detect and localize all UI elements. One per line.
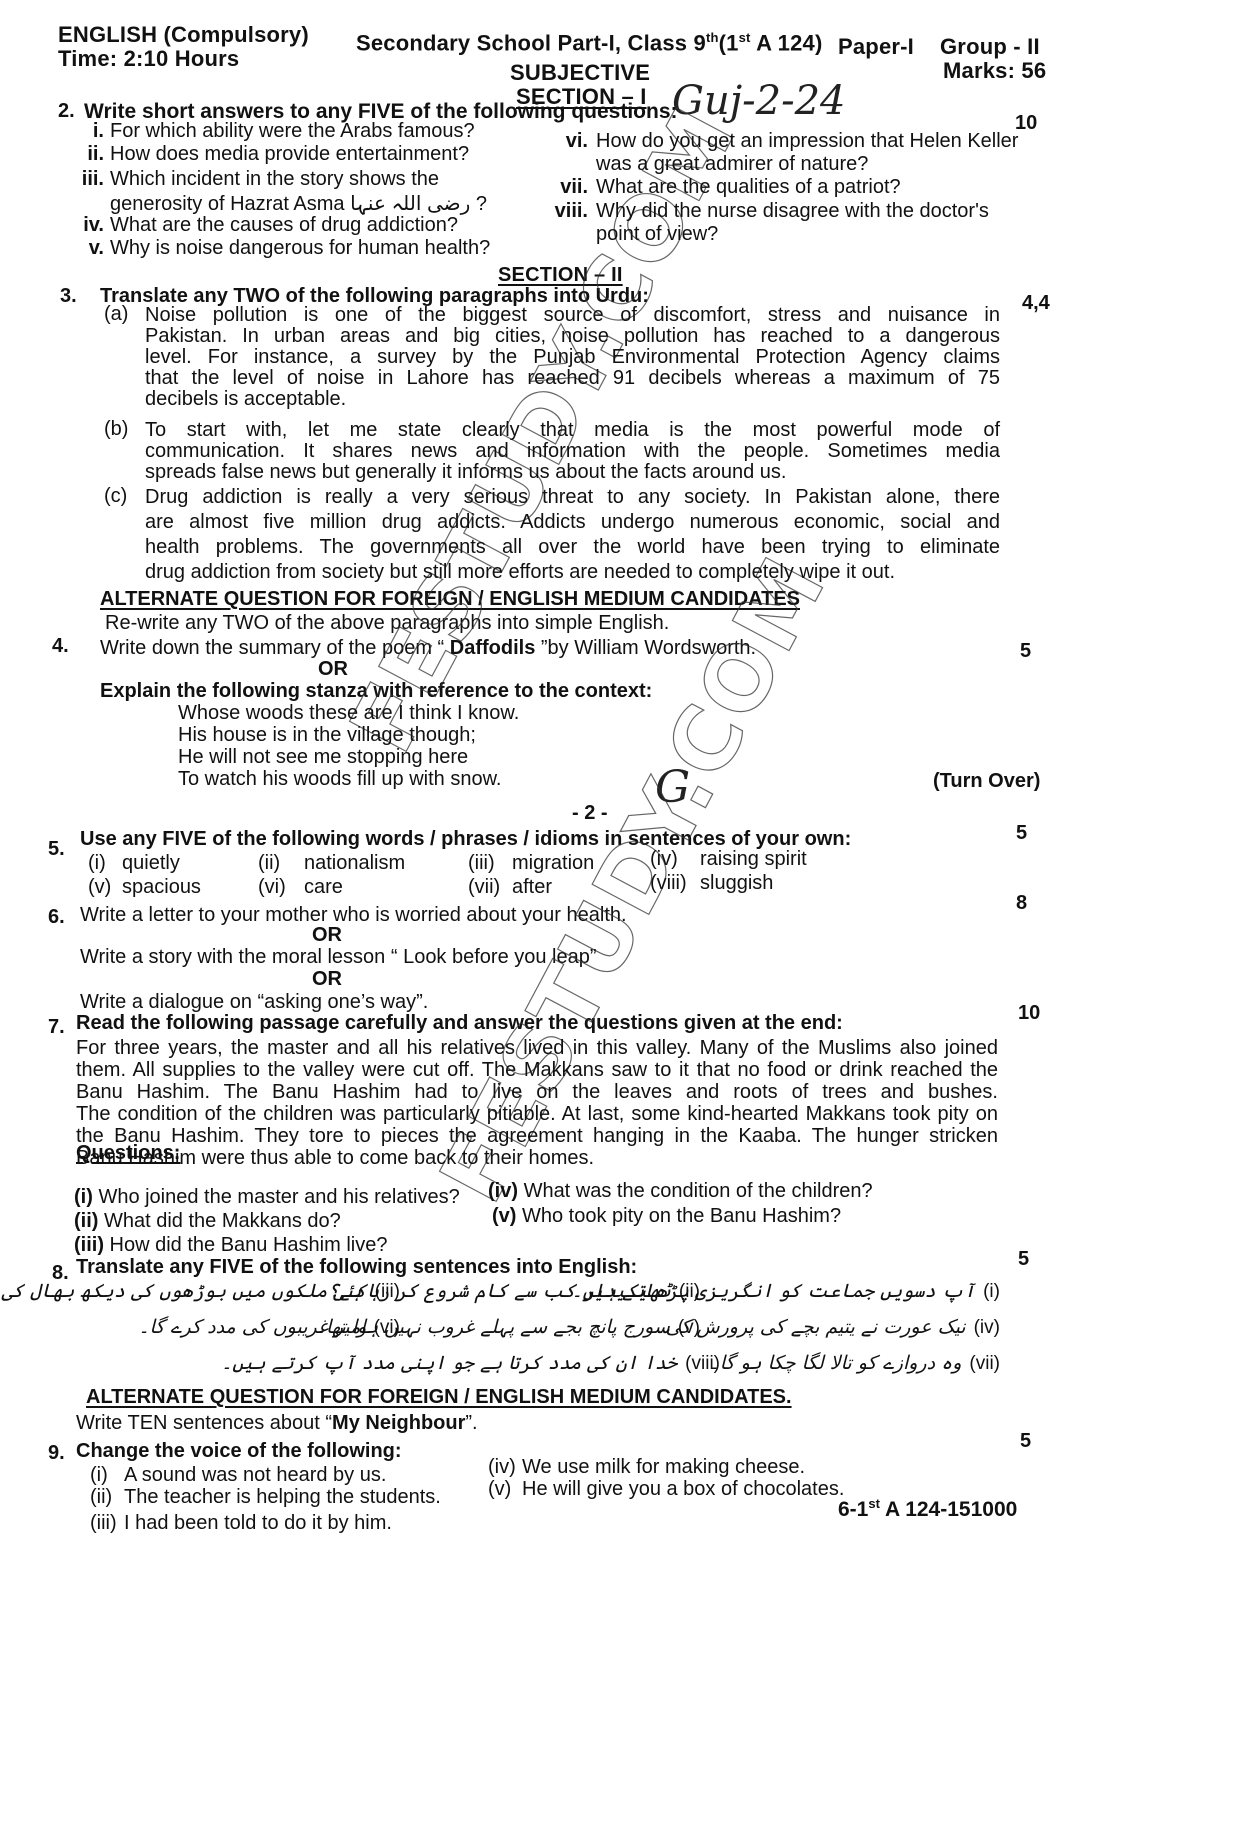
q9-marks: 5 [1020, 1430, 1031, 1453]
q6-option-dialogue: Write a dialogue on “asking one’s way”. [80, 991, 428, 1014]
q2-item-label: iv. [64, 214, 104, 237]
q3-marks: 4,4 [1022, 292, 1050, 315]
handwritten-mark: G [655, 762, 690, 813]
q5-item-label: (vi) [258, 876, 286, 899]
q2-item-text: was a great admirer of nature? [596, 153, 868, 176]
q6-number: 6. [48, 906, 65, 929]
q8-sentence-label: (ii) [679, 1281, 700, 1303]
q8-sentence-label: (iv) [974, 1317, 1000, 1339]
q2-item-text: generosity of Hazrat Asma رضی اللہ عنہا … [110, 191, 487, 216]
q8-sentence: (iv)نیک عورت نے یتیم بچے کی پرورش کی۔ [654, 1316, 1000, 1339]
q4-number: 4. [52, 635, 69, 658]
turn-over-label: (Turn Over) [933, 770, 1040, 793]
q6-or-2: OR [312, 968, 342, 991]
q8-alternate-text: Write TEN sentences about “My Neighbour”… [76, 1412, 478, 1435]
q7-question-text: What did the Makkans do? [104, 1210, 341, 1232]
q2-item-label: vi. [548, 130, 588, 153]
q5-item-label: (viii) [650, 872, 687, 895]
q8-prompt: Translate any FIVE of the following sent… [76, 1256, 637, 1279]
q4-marks: 5 [1020, 640, 1031, 663]
subject-title: ENGLISH (Compulsory) [58, 22, 309, 48]
q5-item-label: (iv) [650, 848, 678, 871]
q4-alt-prompt: Explain the following stanza with refere… [100, 680, 652, 703]
q3-paragraph-label: (b) [104, 418, 128, 441]
q2-item-label: iii. [64, 168, 104, 191]
q8-sentence-label: (viii) [685, 1353, 720, 1375]
subjective-heading: SUBJECTIVE [510, 60, 650, 86]
q3-alternate-heading: ALTERNATE QUESTION FOR FOREIGN / ENGLISH… [100, 588, 800, 611]
q8-sentence-label: (v) [678, 1317, 700, 1339]
q4-text-after: ”by William Wordsworth. [535, 637, 756, 659]
q5-item-word: care [304, 876, 343, 899]
q9-item-label: (iv) [488, 1456, 516, 1479]
q3-paragraph-line: spreads false news but generally it info… [145, 460, 1000, 485]
q8-sentence: (vii)وہ دروازے کو تالا لگا چکا ہو گا۔ [709, 1352, 1000, 1375]
exam-time: Time: 2:10 Hours [58, 46, 239, 72]
q7-question-text: How did the Banu Hashim live? [110, 1234, 388, 1256]
q7-question-label: (ii) [74, 1210, 104, 1232]
q8-sentence-urdu: کئی ملکوں میں بوڑھوں کی دیکھ بھال کی جات… [0, 1280, 367, 1302]
q9-number: 9. [48, 1442, 65, 1465]
q7-marks: 10 [1018, 1002, 1040, 1025]
q7-question-text: What was the condition of the children? [524, 1180, 873, 1202]
q8-alt-before: Write TEN sentences about “ [76, 1412, 332, 1434]
group-label: Group - II [940, 34, 1040, 60]
q3-paragraph-line: decibels is acceptable. [145, 387, 1000, 412]
q7-question: (i) Who joined the master and his relati… [74, 1186, 460, 1209]
q8-alt-after: ”. [465, 1412, 477, 1434]
q9-item-text: We use milk for making cheese. [522, 1456, 805, 1479]
q3-paragraph-label: (c) [104, 485, 127, 508]
class-sup: th [706, 30, 719, 45]
q5-item-word: nationalism [304, 852, 405, 875]
q5-item-label: (v) [88, 876, 111, 899]
q2-item-text: Why is noise dangerous for human health? [110, 237, 490, 260]
q2-item-label: v. [64, 237, 104, 260]
q4-or: OR [318, 658, 348, 681]
q9-item-label: (ii) [90, 1486, 112, 1509]
q7-question-label: (i) [74, 1186, 98, 1208]
q6-option-letter: Write a letter to your mother who is wor… [80, 904, 627, 927]
q8-sentence-urdu: خدا ان کی مدد کرتا ہے جو اپنی مدد آپ کرت… [221, 1352, 677, 1374]
q5-item-label: (iii) [468, 852, 495, 875]
code-sup: st [739, 30, 751, 45]
q8-alternate-heading: ALTERNATE QUESTION FOR FOREIGN / ENGLISH… [86, 1386, 792, 1409]
q2-item-text: What are the causes of drug addiction? [110, 214, 458, 237]
handwritten-date-note: Guj-2-24 [672, 78, 846, 124]
total-marks: Marks: 56 [943, 58, 1046, 84]
q8-sentence: (iii)کئی ملکوں میں بوڑھوں کی دیکھ بھال ک… [0, 1280, 400, 1303]
q5-item-word: migration [512, 852, 594, 875]
q2-item-text: How do you get an impression that Helen … [596, 130, 1018, 153]
q7-number: 7. [48, 1016, 65, 1039]
q7-question: (iii) How did the Banu Hashim live? [74, 1234, 387, 1257]
q9-item-text: He will give you a box of chocolates. [522, 1478, 844, 1501]
q9-item-label: (i) [90, 1464, 108, 1487]
q7-prompt: Read the following passage carefully and… [76, 1012, 843, 1035]
q9-item-label: (iii) [90, 1512, 117, 1535]
q9-item-label: (v) [488, 1478, 511, 1501]
q4-prompt: Write down the summary of the poem “ Daf… [100, 637, 756, 660]
footer-code-sup: st [868, 1496, 880, 1511]
q7-question-label: (v) [492, 1205, 522, 1227]
q9-prompt: Change the voice of the following: [76, 1440, 402, 1463]
q7-question-text: Who took pity on the Banu Hashim? [522, 1205, 841, 1227]
q6-marks: 8 [1016, 892, 1027, 915]
q2-item-label: vii. [548, 176, 588, 199]
stanza-line: He will not see me stopping here [178, 746, 468, 769]
q3-paragraph-line: are almost five million drug addicts. Ad… [145, 510, 1000, 535]
q4-poem-title: Daffodils [450, 637, 536, 659]
q2-item-text: Why did the nurse disagree with the doct… [596, 200, 989, 223]
stanza-line: His house is in the village though; [178, 724, 476, 747]
q8-sentence-label: (iii) [375, 1281, 400, 1303]
q5-marks: 5 [1016, 822, 1027, 845]
q5-item-word: raising spirit [700, 848, 807, 871]
footer-code-post: A 124-151000 [880, 1498, 1017, 1521]
q8-marks: 5 [1018, 1248, 1029, 1271]
q2-item-label: viii. [548, 200, 588, 223]
q6-option-story: Write a story with the moral lesson “ Lo… [80, 946, 597, 969]
q4-text-before: Write down the summary of the poem “ [100, 637, 450, 659]
q8-sentence-urdu: وہ دروازے کو تالا لگا چکا ہو گا۔ [709, 1352, 962, 1374]
q8-alt-topic: My Neighbour [332, 1412, 465, 1434]
q7-question-label: (iii) [74, 1234, 110, 1256]
q3-number: 3. [60, 285, 77, 308]
q7-question-text: Who joined the master and his relatives? [98, 1186, 459, 1208]
q5-item-word: after [512, 876, 552, 899]
q2-item-text: For which ability were the Arabs famous? [110, 120, 475, 143]
q9-item-text: A sound was not heard by us. [124, 1464, 386, 1487]
q3-paragraph-line: health problems. The governments all ove… [145, 535, 1000, 560]
footer-code: 6-1st A 124-151000 [838, 1496, 1017, 1522]
q7-question: (v) Who took pity on the Banu Hashim? [492, 1205, 841, 1228]
q2-item-label: i. [64, 120, 104, 143]
paper-label: Paper-I [838, 34, 914, 60]
q3-paragraph-line: Drug addiction is really a very serious … [145, 485, 1000, 510]
stanza-line: Whose woods these are I think I know. [178, 702, 519, 725]
q2-item-text: What are the qualities of a patriot? [596, 176, 901, 199]
q8-sentence-urdu: نیک عورت نے یتیم بچے کی پرورش کی۔ [654, 1316, 965, 1338]
school-level: Secondary School Part-I, Class 9 [356, 30, 706, 55]
q8-sentence: (viii)خدا ان کی مدد کرتا ہے جو اپنی مدد … [221, 1352, 720, 1375]
stanza-line: To watch his woods fill up with snow. [178, 768, 502, 791]
q2-item-text: point of view? [596, 223, 718, 246]
q5-item-label: (i) [88, 852, 106, 875]
q2-item-text: How does media provide entertainment? [110, 143, 469, 166]
q8-sentence-label: (vii) [969, 1353, 1000, 1375]
q3-paragraph-line: drug addiction from society but still mo… [145, 560, 1000, 585]
q8-sentence: (vi)امیر غریبوں کی مدد کرے گا۔ [138, 1316, 400, 1339]
q5-item-label: (vii) [468, 876, 500, 899]
q5-item-label: (ii) [258, 852, 280, 875]
code-open: (1 [719, 30, 739, 55]
q9-item-text: The teacher is helping the students. [124, 1486, 441, 1509]
exam-paper-page: ENGLISH (Compulsory) Time: 2:10 Hours Se… [0, 0, 1250, 1840]
q6-or-1: OR [312, 924, 342, 947]
q5-item-word: sluggish [700, 872, 773, 895]
q3-alternate-text: Re-write any TWO of the above paragraphs… [105, 612, 669, 635]
q7-passage-line: Banu Hashim were thus able to come back … [76, 1146, 998, 1171]
q8-sentence-label: (i) [983, 1281, 1000, 1303]
footer-code-pre: 6-1 [838, 1498, 868, 1521]
exam-class-info: Secondary School Part-I, Class 9th(1st A… [356, 30, 823, 56]
q2-item-label: ii. [64, 143, 104, 166]
q5-item-word: quietly [122, 852, 180, 875]
q5-number: 5. [48, 838, 65, 861]
q8-sentence-label: (vi) [374, 1317, 400, 1339]
q5-item-word: spacious [122, 876, 201, 899]
q9-item-text: I had been told to do it by him. [124, 1512, 392, 1535]
section-2-heading: SECTION – II [498, 264, 623, 287]
q7-question: (ii) What did the Makkans do? [74, 1210, 341, 1233]
q3-paragraph-label: (a) [104, 303, 128, 326]
code-rest: A 124) [751, 30, 823, 55]
q7-question: (iv) What was the condition of the child… [488, 1180, 873, 1203]
q7-question-label: (iv) [488, 1180, 524, 1202]
q8-sentence-urdu: امیر غریبوں کی مدد کرے گا۔ [138, 1316, 365, 1338]
page-number: - 2 - [572, 802, 608, 825]
q2-item-text: Which incident in the story shows the [110, 168, 439, 191]
